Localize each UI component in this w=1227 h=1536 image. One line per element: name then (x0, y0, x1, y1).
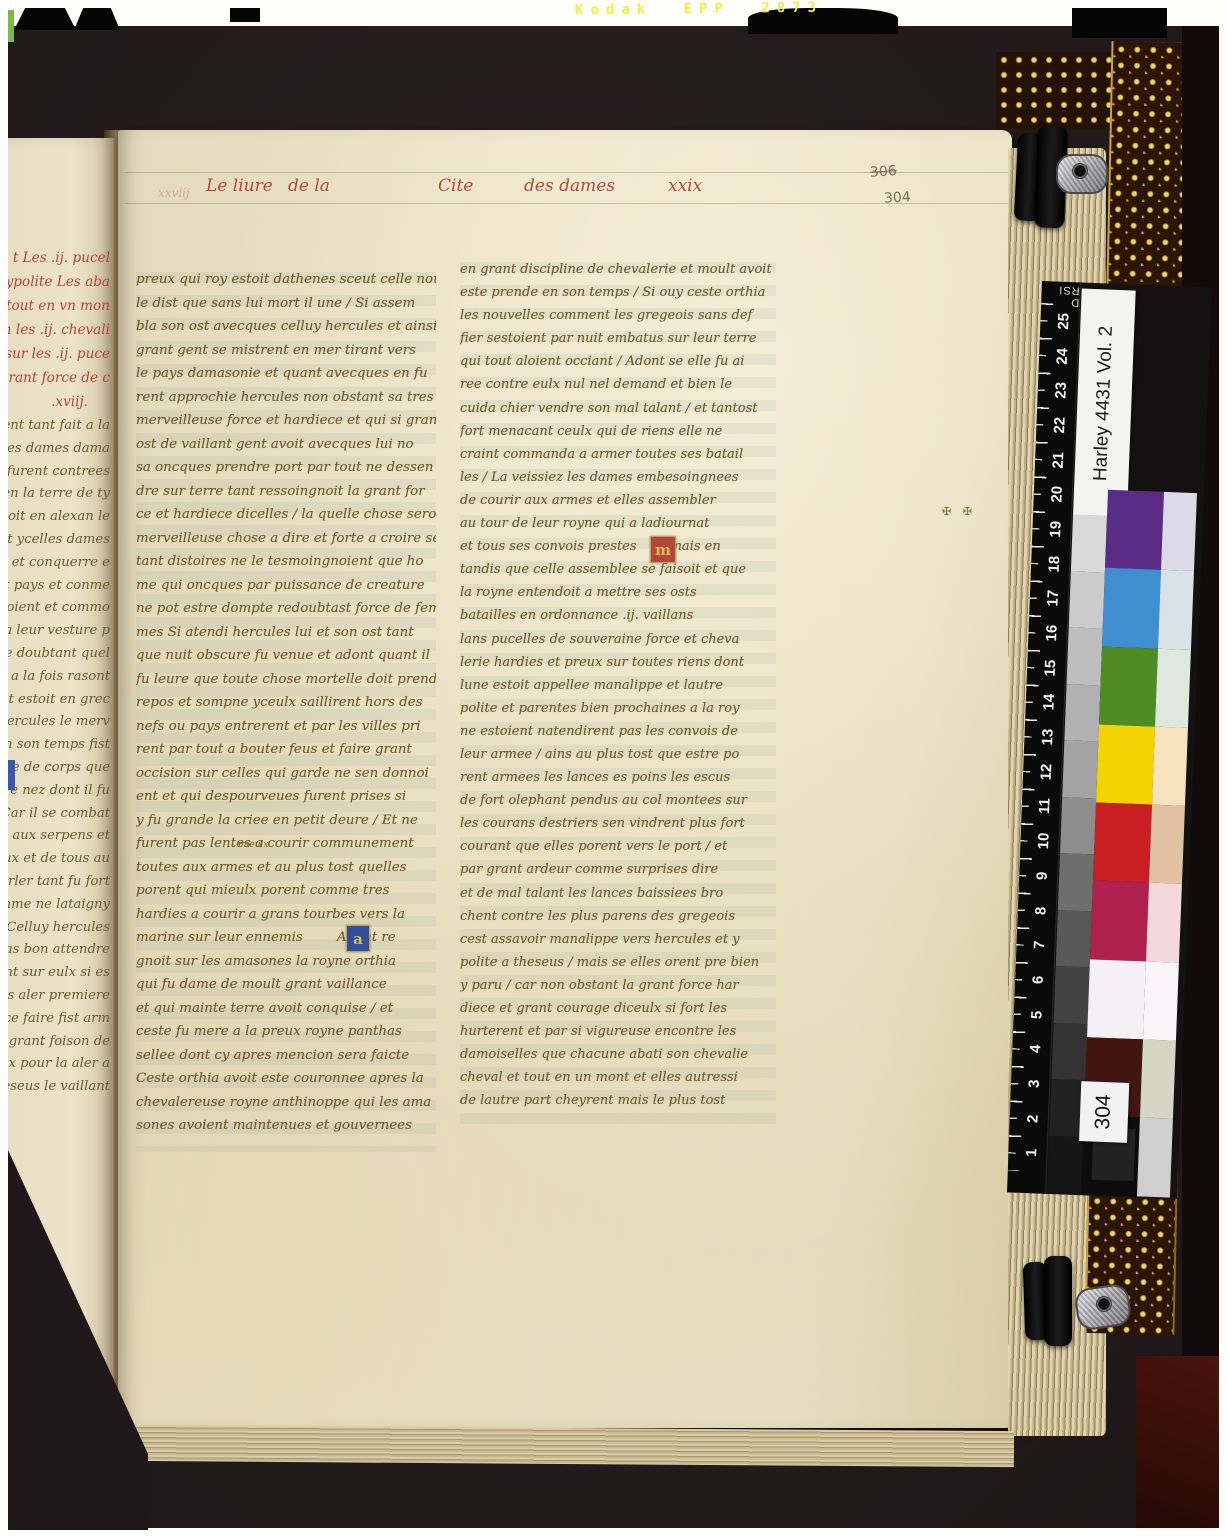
manuscript-line: lyons aux serpens et (8, 828, 110, 851)
manuscript-line: lla grant foison de (8, 1034, 110, 1057)
manuscript-line: fort Celluy hercules (8, 920, 110, 943)
manuscript-line: chent contre les plus parens des gregeoi… (460, 909, 776, 932)
ruler-number: 13 (1034, 719, 1061, 755)
ruler-number: 17 (1039, 581, 1066, 617)
film-edge-shape (1072, 8, 1167, 38)
film-green-sliver (8, 10, 14, 42)
manuscript-line: tant distoires ne le tesmoingnoient que … (136, 554, 436, 578)
manuscript-line: en vendoient et commo (8, 600, 110, 623)
manuscript-line: grant gent se mistrent en mer tirant ver… (136, 343, 436, 367)
manuscript-line: theseus le vaillant (8, 1079, 110, 1102)
interlinear-correction: mieulx (238, 840, 269, 850)
rubric-line: la grant force de c (8, 370, 110, 394)
manuscript-line: leur armee / ains au plus tost que estre… (460, 747, 776, 770)
color-patch (1102, 568, 1161, 648)
manuscript-line: ent et qui despourveues furent prises si (136, 789, 436, 813)
manuscript-line: qui tout aloient occiant / Adont se elle… (460, 354, 776, 377)
manuscript-line: rent par tout a bouter feus et faire gra… (136, 742, 436, 766)
fanned-page-edges-bottom (126, 1425, 1014, 1467)
film-stock-label: Kodak EPP 2873 (575, 0, 823, 18)
gray-patch (1051, 1022, 1087, 1080)
film-edge-shape (14, 8, 76, 30)
ruler-number: 16 (1038, 615, 1065, 651)
manuscript-line: ce et hardiece dicelles / la quelle chos… (136, 507, 436, 531)
gray-patch (1047, 1135, 1083, 1193)
manuscript-line: gnoit sur les amasones la royne orthia (136, 954, 436, 978)
ruler-number: 10 (1030, 823, 1057, 859)
gray-patch (1056, 910, 1092, 968)
manuscript-line: our ce faire fist arm (8, 1011, 110, 1034)
manuscript-line: ne pot estre dompte redoubtast force de … (136, 601, 436, 625)
manuscript-line: y paru / car non obstant la grant force … (460, 978, 776, 1001)
manuscript-line: este prende en son temps / Si ouy ceste … (460, 285, 776, 308)
running-header-segment: de la (288, 176, 330, 196)
manuscript-line: ui en son temps fist (8, 737, 110, 760)
manuscript-line: craint commanda a armer toutes ses batai… (460, 447, 776, 470)
ruler-number: 12 (1033, 754, 1060, 790)
rubric-line: et tout en vn mon (8, 298, 110, 322)
manuscript-line: sques en la terre de ty (8, 486, 110, 509)
gray-patch (1071, 514, 1107, 572)
manuscript-line: merveilleuse force et hardiece et qui si… (136, 413, 436, 437)
ruler-number: 8 (1027, 893, 1054, 929)
pastel-patch (1146, 883, 1182, 963)
manuscript-line: la royne entendoit a mettre ses osts (460, 585, 776, 608)
manuscript-line: sa oncques prendre port par tout ne dess… (136, 460, 436, 484)
manuscript-line: sellee dont cy apres mencion sera faicte (136, 1048, 436, 1072)
pastel-patch (1161, 492, 1197, 572)
manuscript-line: chevalereuse royne anthinoppe qui les am… (136, 1095, 436, 1119)
manuscript-line: en grant discipline de chevalerie et mou… (460, 262, 776, 285)
gray-patch (1064, 684, 1100, 742)
color-calibration-chart: D RSI 2524232221201918171615141312111098… (1007, 281, 1212, 1202)
ruler-number: 11 (1031, 789, 1058, 825)
ruler-number: 25 (1050, 303, 1077, 339)
manuscript-line: ment ycelles dames (8, 532, 110, 555)
ruler-number: 21 (1044, 442, 1071, 478)
manuscript-line: le dist que sans lui mort il une / Si as… (136, 296, 436, 320)
facing-page-text: t Les .ij. pucelt ypolite Les abaet tout… (8, 250, 110, 1102)
manuscript-line: les / La veissiez les dames embesoingnee… (460, 470, 776, 493)
manuscript-line: toutes aux armes et au plus tost quelles (136, 860, 436, 884)
manuscript-line: ceste fu mere a la preux royne panthas (136, 1024, 436, 1048)
running-header-segment: des dames (524, 176, 615, 196)
ruler-number: 2 (1019, 1101, 1046, 1137)
manuscript-line: les nouvelles comment les gregeois sans … (460, 308, 776, 331)
manuscript-line: marine sur leur ennemis Adont re (136, 930, 436, 954)
manuscript-line: le pays damasonie et quant avecques en f… (136, 366, 436, 390)
manuscript-line: mes Si atendi hercules lui et son ost ta… (136, 625, 436, 649)
manuscript-line: nece hercules le merv (8, 714, 110, 737)
manuscript-line: fort menacant ceulx qui de riens elle ne (460, 424, 776, 447)
manuscript-line: polite et parentes bien prochaines a la … (460, 701, 776, 724)
pastel-patch (1155, 648, 1191, 728)
manuscript-line: ndist a la fois rasont (8, 669, 110, 692)
manuscript-line: hurterent et par si vigureuse encontre l… (460, 1024, 776, 1047)
illuminated-initial-left: a (346, 925, 370, 952)
ruler-number: 7 (1026, 927, 1053, 963)
ruled-line (125, 203, 1009, 204)
margin-marks: ✠ ✠ (942, 505, 976, 518)
manuscript-line: de lautre part cheyrent mais le plus tos… (460, 1093, 776, 1116)
film-edge-shape (74, 8, 120, 30)
manuscript-line: les courans destriers sen vindrent plus … (460, 816, 776, 839)
manuscript-line: rent approchie hercules non obstant sa t… (136, 390, 436, 414)
facing-page-initial-fragment (8, 760, 15, 790)
pastel-patch (1149, 805, 1185, 885)
illuminated-initial-right: m (650, 536, 676, 563)
color-patch (1096, 724, 1155, 804)
manuscript-line: a orent tant fait a la (8, 418, 110, 441)
manuscript-line: cheval et tout en un mont et elles autre… (460, 1070, 776, 1093)
manuscript-line: homme ne lataigny (8, 897, 110, 920)
ruler-number: 5 (1023, 997, 1050, 1033)
folio-number-crossed: 306 (869, 163, 897, 181)
manuscript-line: courant que elles porent vers le port / … (460, 839, 776, 862)
pastel-patch (1140, 1040, 1176, 1120)
manuscript-line: y fu grande la criee en petit deure / Et… (136, 813, 436, 837)
folio-number: 304 (884, 189, 912, 206)
color-patch (1087, 959, 1146, 1039)
gray-patch (1062, 740, 1098, 798)
manuscript-line: batailles en ordonnance .ij. vaillans (460, 608, 776, 631)
manuscript-line: et qui mainte terre avoit conquise / et (136, 1001, 436, 1025)
binder-clip-hole (1072, 163, 1088, 179)
color-patch (1099, 646, 1158, 726)
ruler-number: 23 (1047, 373, 1074, 409)
running-header-segment: xxix (668, 176, 702, 196)
ruler-number: 22 (1046, 407, 1073, 443)
color-patch (1093, 803, 1152, 883)
manuscript-line: ne estoient natendirent pas les convois … (460, 724, 776, 747)
running-header-segment: Le liure (206, 176, 273, 196)
manuscript-line: fu leure que toute chose mortelle doit p… (136, 672, 436, 696)
manuscript-line: furent pas lentes a courir communement (136, 836, 436, 860)
manuscript-line: preux qui roy estoit dathenes sceut cell… (136, 272, 436, 296)
manuscript-line: hardies a courir a grans tourbes vers la (136, 907, 436, 931)
manuscript-line: ost de vaillant gent avoit avecques lui … (136, 437, 436, 461)
manuscript-line: corps les dames dama (8, 441, 110, 464)
pastel-patch (1152, 727, 1188, 807)
manuscript-line: lx pour la aler a (8, 1056, 110, 1079)
manuscript-line: diece et grant courage diceulx si fort l… (460, 1001, 776, 1024)
pastel-patch (1137, 1118, 1173, 1198)
manuscript-line: oit pas bon attendre (8, 942, 110, 965)
text-column-left: preux qui roy estoit dathenes sceut cell… (136, 272, 436, 1152)
rubric-line: t ypolite Les aba (8, 274, 110, 298)
manuscript-line: lans pucelles de souveraine force et che… (460, 632, 776, 655)
manuscript-line: bla son ost avecques celluy hercules et … (136, 319, 436, 343)
ruler-number: 24 (1048, 338, 1075, 374)
manuscript-line: eilleux et de tous au (8, 851, 110, 874)
manuscript-line: lerie hardies et preux sur toutes riens … (460, 655, 776, 678)
gray-patch (1067, 627, 1103, 685)
rubric-line: t Les .ij. pucel (13, 250, 110, 274)
manuscript-line: ouantce doubtant quel (8, 646, 110, 669)
faded-scribble: xxviij (158, 186, 190, 200)
ruler-number: 1 (1018, 1135, 1045, 1171)
manuscript-line: parler tant fu fort (8, 874, 110, 897)
color-patch (1090, 881, 1149, 961)
manuscript-line: que nuit obscure fu venue et adont quant… (136, 648, 436, 672)
gray-patch (1054, 966, 1090, 1024)
manuscript-line: au tour de leur royne qui a ladiournat (460, 516, 776, 539)
manuscript-line: fier sestoient par nuit embatus sur leur… (460, 331, 776, 354)
manuscript-line: Ceste orthia avoit este couronnee apres … (136, 1071, 436, 1095)
shelfmark-label: Harley 4431 Vol. 2 (1073, 289, 1136, 519)
manuscript-line: cuida chier vendre son mal talant / et t… (460, 401, 776, 424)
manuscript-line: chassant pays et conme (8, 578, 110, 601)
ruler-number: 15 (1037, 650, 1064, 686)
manuscript-line: t en estoit en alexan le (8, 509, 110, 532)
manuscript-line: dre sur terre tant ressoingnoit la grant… (136, 484, 436, 508)
ruler-number: 9 (1029, 858, 1056, 894)
gray-patch (1069, 571, 1105, 629)
manuscript-line: par grant ardeur comme surprises dire (460, 862, 776, 885)
ruler-number: 6 (1025, 962, 1052, 998)
manuscript-line: porent qui mieulx porent comme tres (136, 883, 436, 907)
binder-clip-bottom (1044, 1256, 1072, 1346)
manuscript-line: de courir aux armes et elles assembler (460, 493, 776, 516)
manuscript-line: terres et conquerre e (8, 555, 110, 578)
manuscript-line: tre a la leur vesture p (8, 623, 110, 646)
manuscript-line: tones Car il se combat (8, 806, 110, 829)
manuscript-line: cest assavoir manalippe vers hercules et… (460, 932, 776, 955)
binder-clip-hole (1096, 1296, 1112, 1312)
manuscript-line: rent armees les lances es poins les escu… (460, 770, 776, 793)
ruler-number: 18 (1040, 546, 1067, 582)
manuscript-line: damoiselles que chacune abati son cheval… (460, 1047, 776, 1070)
ruler-number: 4 (1022, 1031, 1049, 1067)
manuscript-line: de les aler premiere (8, 988, 110, 1011)
manuscript-line: pays furent contrees (8, 464, 110, 487)
manuscript-line: tandis que celle assemblee se faisoit et… (460, 562, 776, 585)
manuscript-line: force de corps que (8, 760, 110, 783)
text-column-right: en grant discipline de chevalerie et mou… (460, 262, 776, 1130)
manuscript-line: de mere nez dont il fu (8, 783, 110, 806)
folio-label: 304 (1079, 1081, 1129, 1143)
ruler-number: 3 (1021, 1066, 1048, 1102)
manuscript-line: lune estoit appellee manalippe et lautre (460, 678, 776, 701)
film-edge-shape (230, 8, 260, 22)
manuscript-line: polite a theseus / mais se elles orent p… (460, 955, 776, 978)
chapter-number: .xviij. (51, 394, 88, 418)
rubric-line: fin les .ij. chevali (8, 322, 110, 346)
leather-cover-bottom (1136, 1356, 1219, 1528)
manuscript-line: occision sur celles qui garde ne sen don… (136, 766, 436, 790)
manuscript-line: Adont estoit en grec (8, 692, 110, 715)
ruler-number: 19 (1042, 511, 1069, 547)
gray-patch (1060, 797, 1096, 855)
manuscript-line: repos et sompne yceulx saillirent hors d… (136, 695, 436, 719)
ruler-number: 20 (1043, 477, 1070, 513)
manuscript-line: et tous ses convois prestes mais en (460, 539, 776, 562)
manuscript-line: sones avoient maintenues et gouvernees (136, 1118, 436, 1142)
color-patch (1105, 490, 1164, 570)
manuscript-line: nefs ou pays entrerent et par les villes… (136, 719, 436, 743)
rubric-line: e sur les .ij. puce (8, 346, 110, 370)
running-header-segment: Cite (438, 176, 473, 196)
manuscript-line: ree contre eulx nul nel demand et bien l… (460, 377, 776, 400)
manuscript-line: qui fu dame de moult grant vaillance (136, 977, 436, 1001)
pastel-patch (1158, 570, 1194, 650)
manuscript-line: me qui oncques par puissance de creature (136, 578, 436, 602)
ruler-number: 14 (1035, 685, 1062, 721)
manuscript-line: et de mal talant les lances baissiees br… (460, 886, 776, 909)
manuscript-line: de fort olephant pendus au col montees s… (460, 793, 776, 816)
manuscript-line: merveilleuse chose a dire et forte a cro… (136, 531, 436, 555)
manuscript-line: ssent sur eulx si es (8, 965, 110, 988)
gray-patch (1058, 853, 1094, 911)
pastel-patch (1143, 961, 1179, 1041)
